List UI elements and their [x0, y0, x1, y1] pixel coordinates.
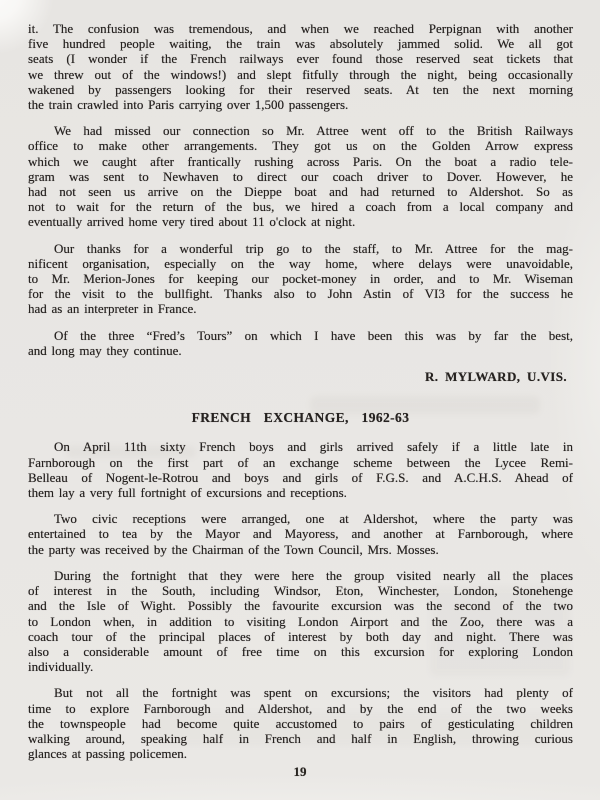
paragraph: During the fortnight that they were here…: [28, 568, 573, 674]
text-line: and long may they continue.: [28, 343, 573, 358]
text-line: of interest in the South, including Wind…: [28, 583, 573, 598]
scanned-magazine-page: it. The confusion was tremendous, and wh…: [0, 0, 600, 800]
text-line: not to wait for the return of the bus, w…: [28, 199, 573, 214]
text-line: had not seen us arrive on the Dieppe boa…: [28, 184, 573, 199]
text-line: wakened by passengers looking for their …: [28, 82, 573, 97]
text-line: But not all the fortnight was spent on e…: [28, 685, 573, 700]
text-line: the train crawled into Paris carrying ov…: [28, 97, 573, 112]
text-line: also a considerable amount of free time …: [28, 644, 573, 659]
paragraph: Of the three “Fred’s Tours” on which I h…: [28, 328, 573, 358]
article-french-exchange-body: On April 11th sixty French boys and girl…: [28, 439, 573, 761]
text-line: the townspeople had become quite accusto…: [28, 716, 573, 731]
text-line: eventually arrived home very tired about…: [28, 214, 573, 229]
text-line: Of the three “Fred’s Tours” on which I h…: [28, 328, 573, 343]
text-line: We had missed our connection so Mr. Attr…: [28, 123, 573, 138]
text-line: gram was sent to Newhaven to direct our …: [28, 169, 573, 184]
text-line: office to make other arrangements. They …: [28, 138, 573, 153]
text-line: individually.: [28, 659, 573, 674]
text-line: During the fortnight that they were here…: [28, 568, 573, 583]
text-line: Belleau of Nogent-le-Rotrou and boys and…: [28, 470, 573, 485]
text-line: Farnborough on the first part of an exch…: [28, 455, 573, 470]
text-line: entertained to tea by the Mayor and Mayo…: [28, 526, 573, 541]
paragraph: Two civic receptions were arranged, one …: [28, 511, 573, 557]
text-line: for the visit to the bullfight. Thanks a…: [28, 286, 573, 301]
text-line: to Mr. Merion-Jones for keeping our pock…: [28, 271, 573, 286]
text-line: coach tour of the principal places of in…: [28, 629, 573, 644]
paragraph: But not all the fortnight was spent on e…: [28, 685, 573, 761]
page-text-block: it. The confusion was tremendous, and wh…: [28, 21, 573, 772]
text-line: nificent organisation, especially on the…: [28, 256, 573, 271]
article-school-trip-continuation: it. The confusion was tremendous, and wh…: [28, 21, 573, 358]
text-line: On April 11th sixty French boys and girl…: [28, 439, 573, 454]
text-line: had as an interpreter in France.: [28, 301, 573, 316]
text-line: it. The confusion was tremendous, and wh…: [28, 21, 573, 36]
text-line: time to explore Farnborough and Aldersho…: [28, 701, 573, 716]
article-signature: R. MYLWARD, U.VIS.: [28, 369, 573, 384]
text-line: Two civic receptions were arranged, one …: [28, 511, 573, 526]
text-line: we threw out of the windows!) and slept …: [28, 67, 573, 82]
text-line: seats (I wonder if the French railways e…: [28, 51, 573, 66]
text-line: five hundred people waiting, the train w…: [28, 36, 573, 51]
text-line: glances at passing policemen.: [28, 746, 573, 761]
article-heading-french-exchange: FRENCH EXCHANGE, 1962-63: [28, 410, 573, 425]
text-line: walking around, speaking half in French …: [28, 731, 573, 746]
paragraph: it. The confusion was tremendous, and wh…: [28, 21, 573, 112]
paragraph: Our thanks for a wonderful trip go to th…: [28, 241, 573, 317]
text-line: and the Isle of Wight. Possibly the favo…: [28, 598, 573, 613]
text-line: them lay a very full fortnight of excurs…: [28, 485, 573, 500]
text-line: the party was received by the Chairman o…: [28, 542, 573, 557]
paragraph: On April 11th sixty French boys and girl…: [28, 439, 573, 500]
text-line: which we caught after frantically rushin…: [28, 154, 573, 169]
text-line: to London when, in addition to visiting …: [28, 614, 573, 629]
page-number: 19: [0, 764, 600, 780]
text-line: Our thanks for a wonderful trip go to th…: [28, 241, 573, 256]
paragraph: We had missed our connection so Mr. Attr…: [28, 123, 573, 229]
